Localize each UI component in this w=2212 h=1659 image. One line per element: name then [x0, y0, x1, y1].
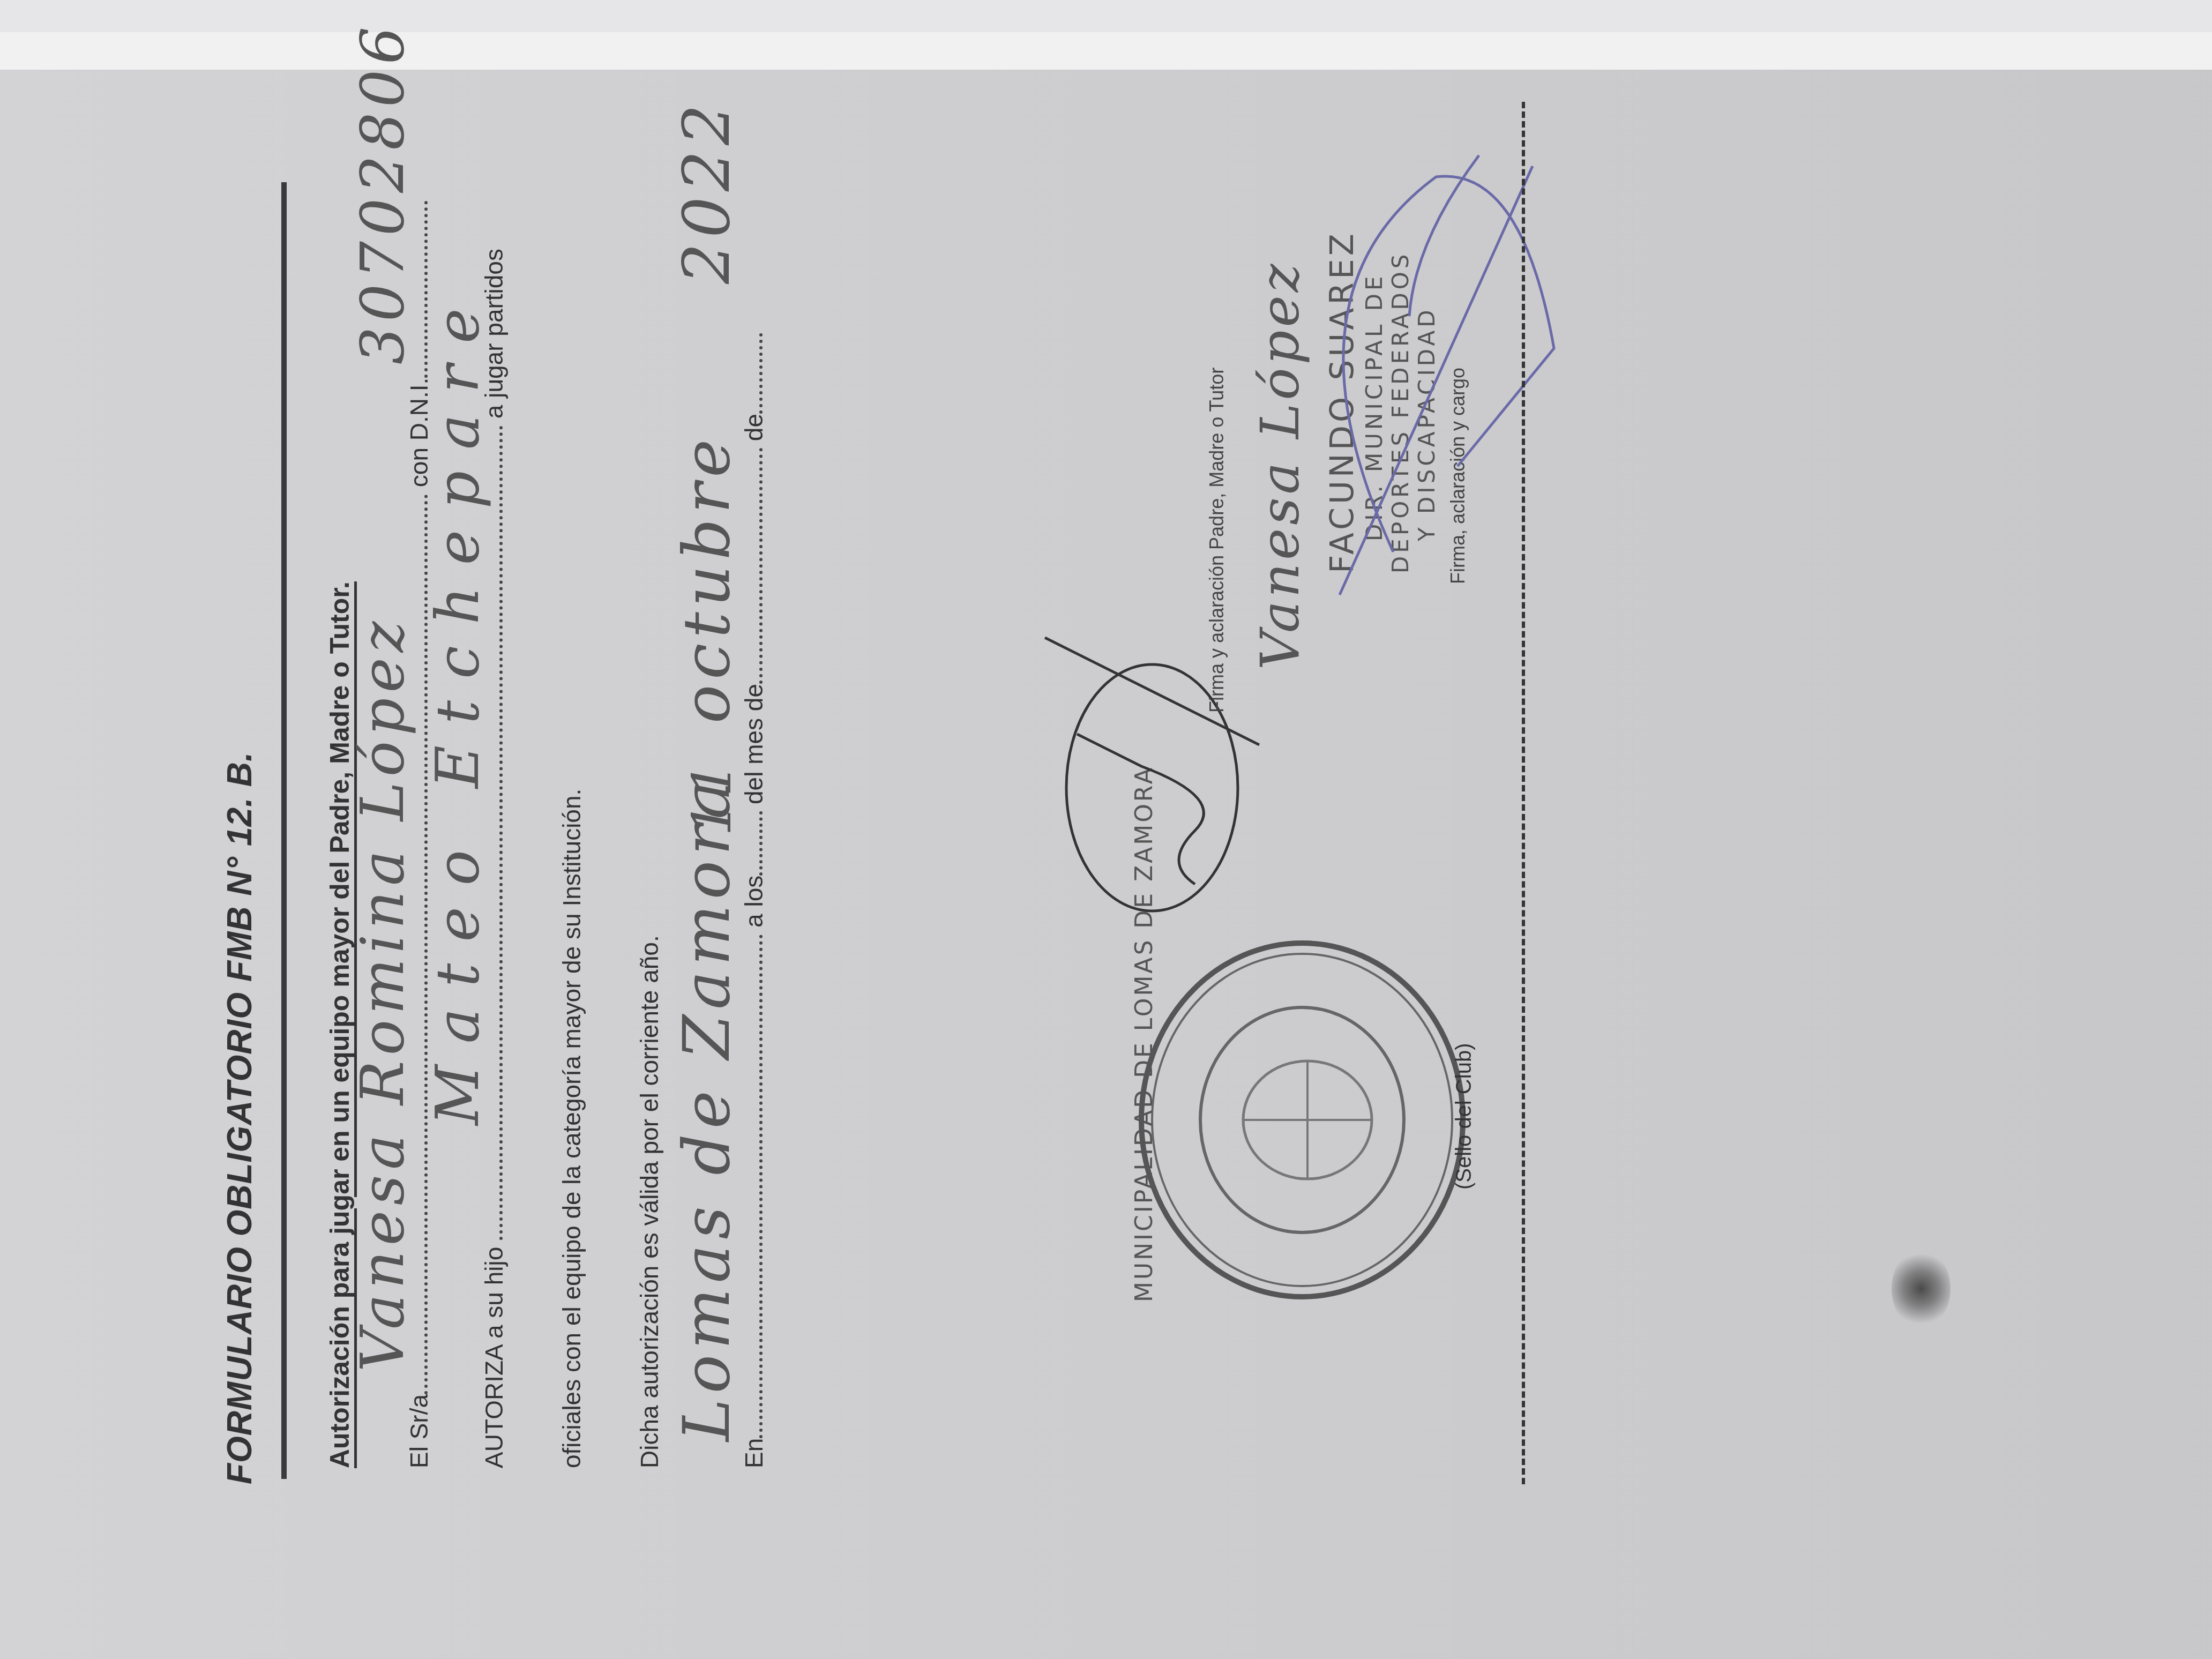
year-handwritten: 2022 [670, 99, 744, 284]
parent-label: El Sr/a [405, 1394, 433, 1468]
place-field[interactable] [743, 935, 763, 1438]
official-signature [1232, 134, 1581, 616]
title-rule [281, 182, 287, 1479]
day-handwritten: 11 [681, 757, 743, 836]
form-title: FORMULARIO OBLIGATORIO FMB N° 12. B. [220, 751, 259, 1484]
child-name-handwritten: Mateo Etchepare [423, 287, 492, 1125]
child-label: AUTORIZA a su hijo [480, 1247, 508, 1468]
club-seal-caption: (Sello del Club) [1452, 1043, 1476, 1190]
ink-smudge [1892, 1249, 1951, 1329]
year-field[interactable] [743, 333, 763, 414]
parent-name-handwritten: Vanesa Romina López [348, 616, 417, 1372]
parent-signature-caption: Firma y aclaración Padre, Madre o Tutor [1206, 368, 1228, 713]
body-line-3: oficiales con el equipo de la categoría … [557, 789, 586, 1468]
signature-divider [1522, 102, 1525, 1484]
place-handwritten: Lomas de Zamora [670, 775, 744, 1441]
date-prefix: En [740, 1438, 768, 1468]
dni-handwritten: 30702806 [348, 21, 417, 364]
day-field[interactable] [743, 811, 763, 876]
form-page: FORMULARIO OBLIGATORIO FMB N° 12. B. Aut… [188, 27, 1634, 1581]
body-line-4: Dicha autorización es válida por el corr… [635, 935, 664, 1468]
club-seal [1115, 916, 1490, 1324]
month-field[interactable] [743, 448, 763, 684]
month-handwritten: octubre [670, 434, 744, 723]
